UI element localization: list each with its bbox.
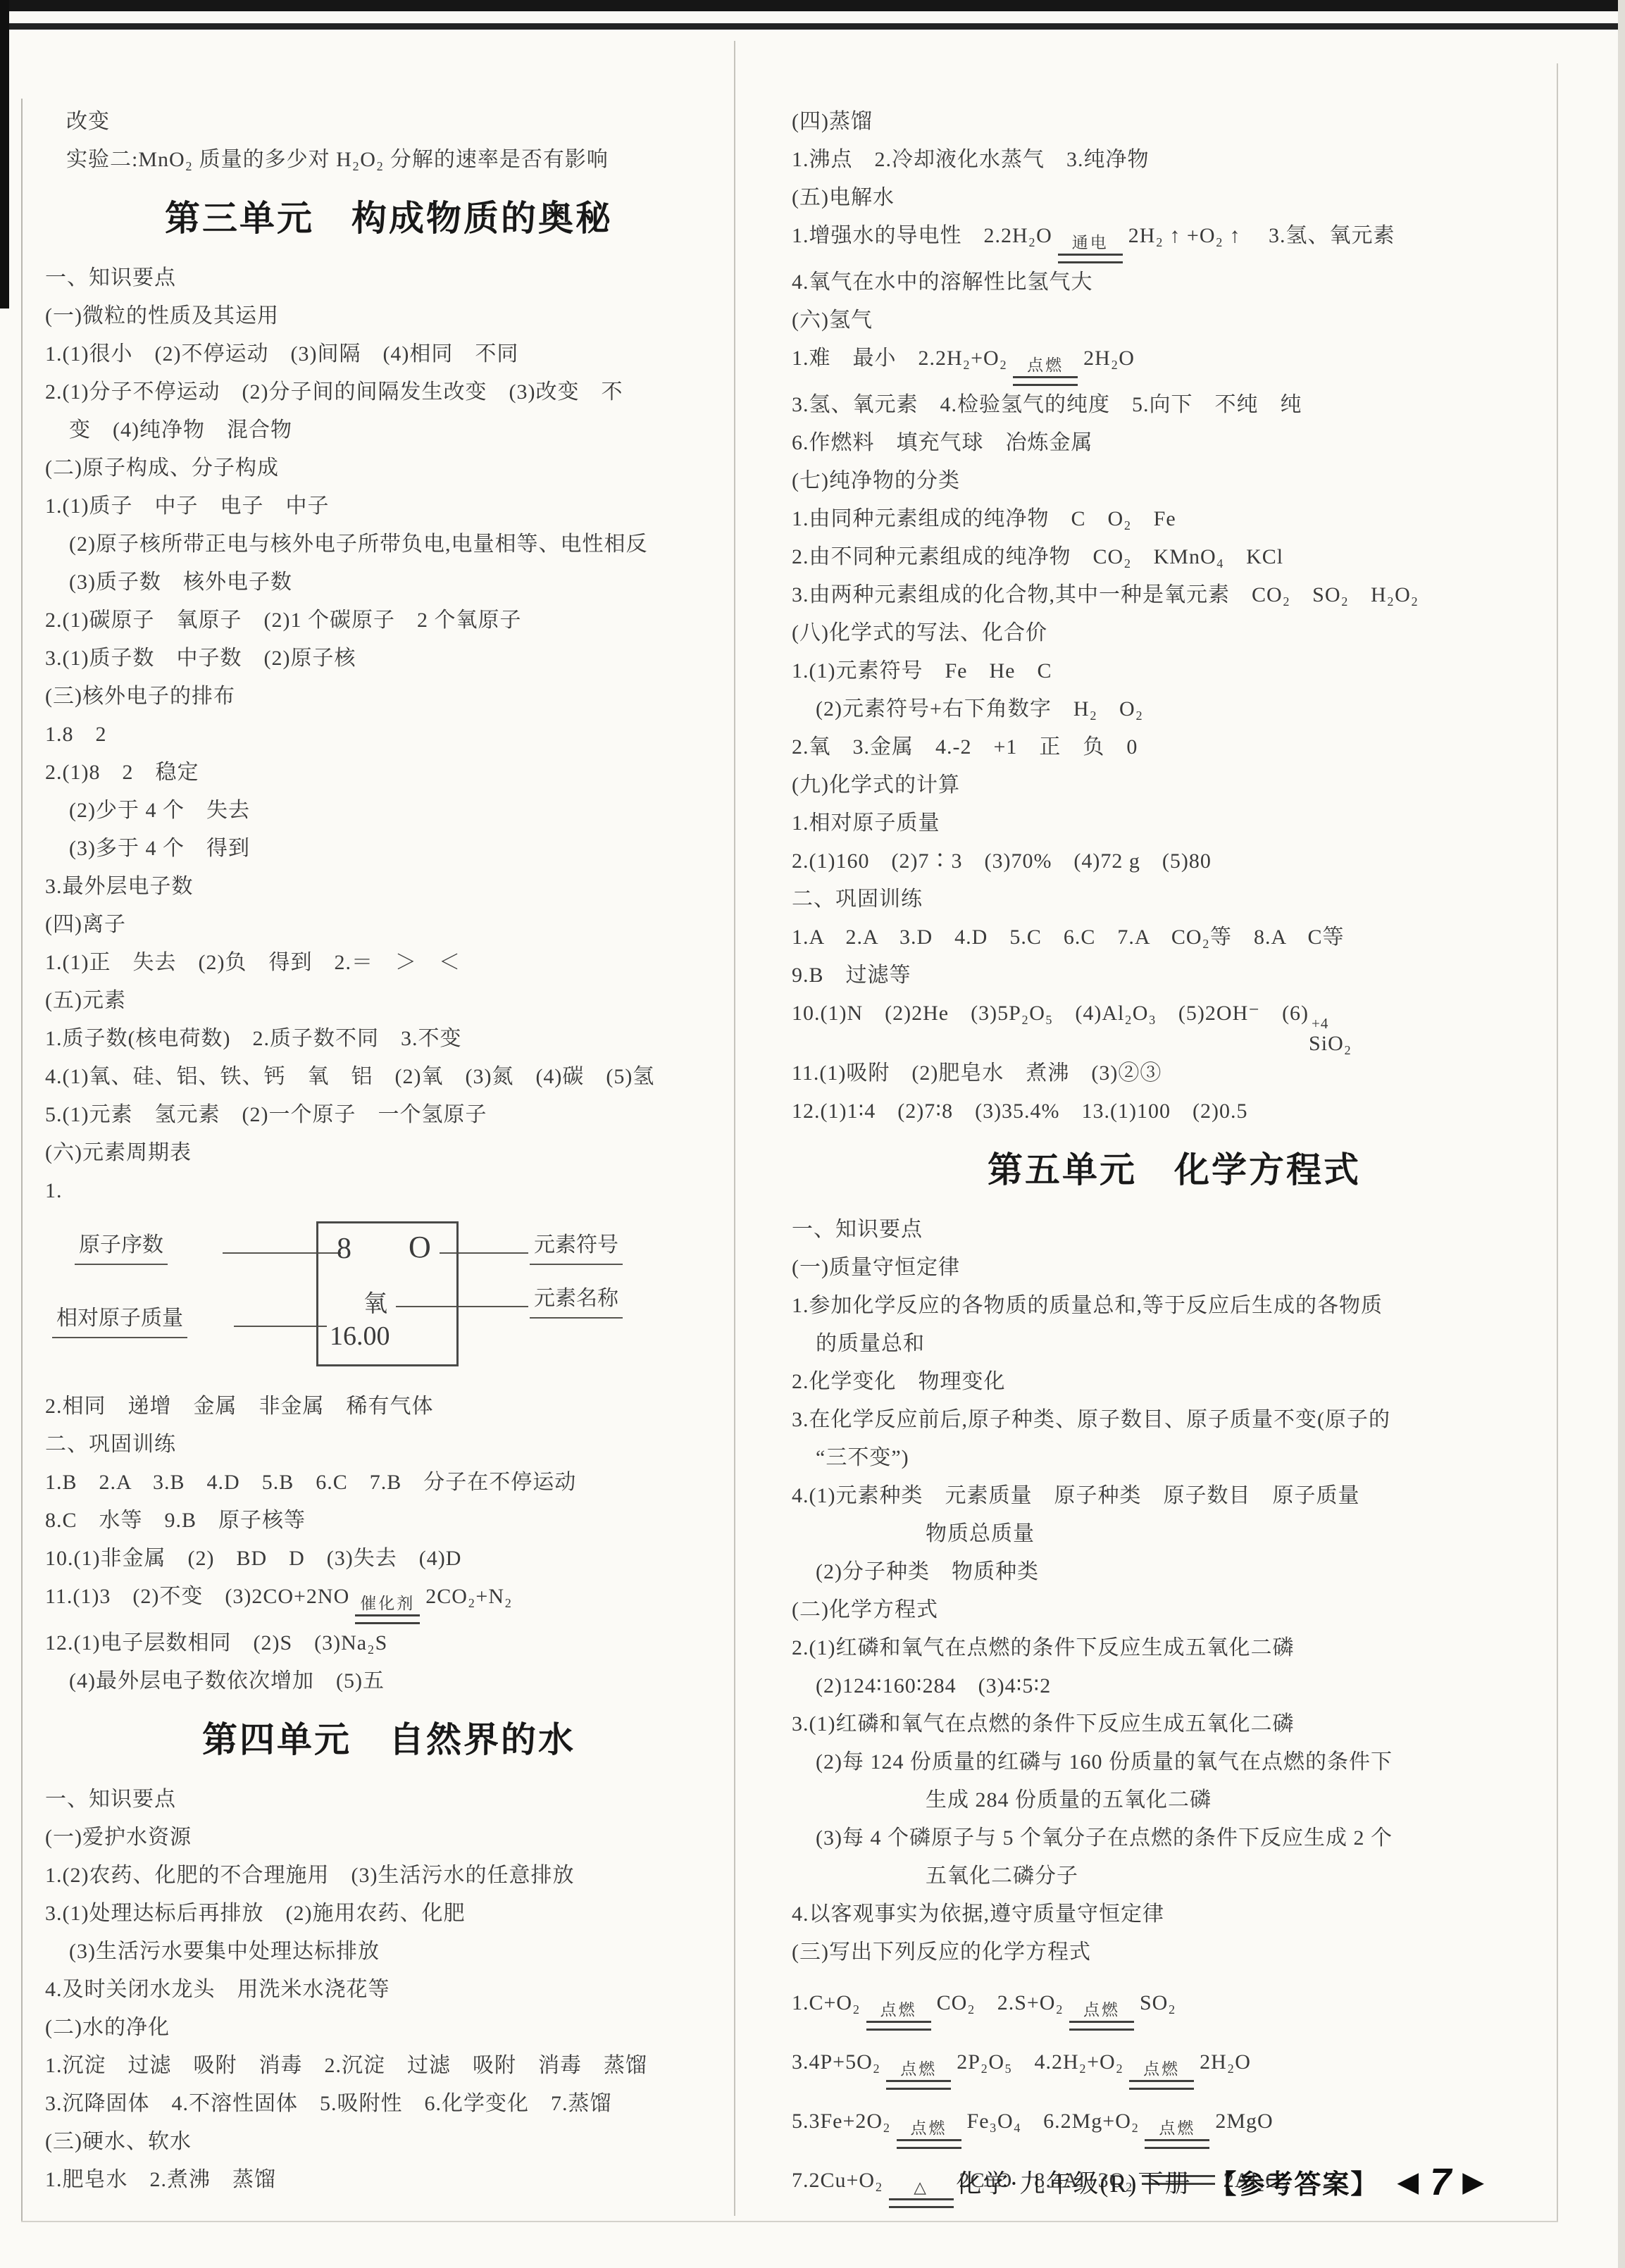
answer-line: 的质量总和 (792, 1325, 1557, 1363)
element-symbol-label: 元素符号 (530, 1227, 623, 1265)
double-line-icon (897, 2139, 961, 2149)
answer-line: (四)蒸馏 (792, 103, 1557, 141)
answer-line: 2.(1)8 2 稳定 (45, 754, 733, 792)
answer-line: “三不变”) (792, 1439, 1557, 1477)
answer-line: 4.(1)氧、硅、铝、铁、钙 氧 铝 (2)氧 (3)氮 (4)碳 (5)氢 (45, 1058, 733, 1096)
reaction-condition: △ (889, 2179, 954, 2208)
right-column: (四)蒸馏 1.沸点 2.冷却液化水蒸气 3.纯净物 (五)电解水 1.增强水的… (792, 103, 1557, 2221)
scanned-answer-page: 改变 实验二:MnO₂ 质量的多少对 H₂O₂ 分解的速率是否有影响 第三单元 … (0, 0, 1625, 2268)
atomic-number-label: 原子序数 (75, 1227, 168, 1265)
answer-line: 2.化学变化 物理变化 (792, 1363, 1557, 1401)
connector-line (234, 1326, 327, 1327)
unit4-heading: 第四单元 自然界的水 (45, 1719, 733, 1761)
answer-line: 2.(1)分子不停运动 (2)分子间的间隔发生改变 (3)改变 不 (45, 373, 733, 411)
double-line-icon (889, 2198, 954, 2208)
equation-lhs: 1.增强水的导电性 2.2H₂O (792, 224, 1052, 247)
answer-line: (八)化学式的写法、化合价 (792, 614, 1557, 652)
answer-line: (4)最外层电子数依次增加 (5)五 (45, 1662, 733, 1700)
answer-line: (五)电解水 (792, 179, 1557, 217)
answer-line: (三)硬水、软水 (45, 2123, 733, 2161)
answer-line: (六)元素周期表 (45, 1134, 733, 1172)
equation-line: 3.4P+5O₂点燃2P₂O₅ 4.2H₂+O₂点燃2H₂O (792, 2043, 1557, 2090)
scan-edge-right (1618, 0, 1625, 2268)
answer-line: 6.作燃料 填充气球 冶炼金属 (792, 424, 1557, 462)
element-name-label: 元素名称 (530, 1281, 623, 1319)
answer-line: (二)水的净化 (45, 2009, 733, 2047)
answer-line: (一)微粒的性质及其运用 (45, 297, 733, 335)
equation-rhs: 2H₂O (1083, 347, 1135, 370)
answer-line: 2.(1)红磷和氧气在点燃的条件下反应生成五氧化二磷 (792, 1629, 1557, 1667)
answer-line: (3)每 4 个磷原子与 5 个氧分子在点燃的条件下反应生成 2 个 (792, 1819, 1557, 1857)
equation-lhs: 7.2Cu+O₂ (792, 2169, 883, 2192)
answer-line: (2)元素符号+右下角数字 H₂ O₂ (792, 690, 1557, 728)
answer-line: 1.沉淀 过滤 吸附 消毒 2.沉淀 过滤 吸附 消毒 蒸馏 (45, 2047, 733, 2085)
condition-label: 点燃 (1083, 2002, 1120, 2018)
answer-line: (九)化学式的计算 (792, 766, 1557, 804)
double-line-icon (866, 2021, 931, 2031)
answer-line: (一)质量守恒定律 (792, 1249, 1557, 1287)
answer-line: (一)爱护水资源 (45, 1819, 733, 1857)
condition-label: 催化剂 (360, 1595, 415, 1612)
element-box-diagram: 原子序数 相对原子质量 元素符号 元素名称 8 O 氧 16.00 (45, 1216, 733, 1379)
answer-line: 12.(1)1∶4 (2)7∶8 (3)35.4% 13.(1)100 (2)0… (792, 1092, 1557, 1130)
element-name-value: 氧 (363, 1284, 387, 1319)
valence-formula: +4SiO₂ (1309, 1016, 1352, 1054)
answer-line: 10.(1)非金属 (2) BD D (3)失去 (4)D (45, 1540, 733, 1578)
answer-line: (三)写出下列反应的化学方程式 (792, 1933, 1557, 1971)
section-heading-knowledge: 一、知识要点 (45, 259, 733, 297)
equation-lhs: 5.3Fe+2O₂ (792, 2110, 891, 2133)
valence-value: +4 (1312, 1016, 1328, 1031)
answer-line: 1.A 2.A 3.D 4.D 5.C 6.C 7.A CO₂等 8.A C等 (792, 918, 1557, 957)
page-number: 7 (1430, 2163, 1451, 2201)
answer-line: (3)生活污水要集中处理达标排放 (45, 1933, 733, 1971)
answer-line: (2)分子种类 物质种类 (792, 1553, 1557, 1591)
answer-line: 1.(2)农药、化肥的不合理施用 (3)生活污水的任意排放 (45, 1857, 733, 1895)
equation-lhs: 11.(1)3 (2)不变 (3)2CO+2NO (45, 1585, 349, 1608)
equation-line: 5.3Fe+2O₂点燃Fe₃O₄ 6.2Mg+O₂点燃2MgO (792, 2102, 1557, 2149)
answer-line: 五氧化二磷分子 (792, 1857, 1557, 1895)
next-page-icon: ▶ (1462, 2168, 1484, 2196)
condition-label: 点燃 (911, 2120, 947, 2136)
left-column: 改变 实验二:MnO₂ 质量的多少对 H₂O₂ 分解的速率是否有影响 第三单元 … (45, 103, 733, 2199)
equation-mid: Fe₃O₄ 6.2Mg+O₂ (967, 2110, 1140, 2133)
equation-rhs: 2H₂ ↑ +O₂ ↑ 3.氢、氧元素 (1128, 224, 1395, 247)
equation-mid: 2P₂O₅ 4.2H₂+O₂ (957, 2050, 1123, 2074)
answer-line: 1.8 2 (45, 716, 733, 754)
answer-line: 3.(1)处理达标后再排放 (2)施用农药、化肥 (45, 1895, 733, 1933)
answer-line: 1.B 2.A 3.B 4.D 5.B 6.C 7.B 分子在不停运动 (45, 1464, 733, 1502)
answer-line: (四)离子 (45, 906, 733, 944)
double-line-icon (1145, 2139, 1209, 2149)
reaction-condition: 点燃 (1069, 2002, 1134, 2031)
answer-line: 3.(1)红磷和氧气在点燃的条件下反应生成五氧化二磷 (792, 1705, 1557, 1743)
relative-mass-label: 相对原子质量 (52, 1300, 187, 1338)
answer-line: 变 (4)纯净物 混合物 (45, 411, 733, 449)
equation-mid: CO₂ 2.S+O₂ (937, 1991, 1064, 2014)
answer-line: (五)元素 (45, 982, 733, 1020)
answer-line: 9.B 过滤等 (792, 957, 1557, 995)
equation-rhs: 2H₂O (1200, 2050, 1251, 2074)
answer-line: 实验二:MnO₂ 质量的多少对 H₂O₂ 分解的速率是否有影响 (45, 141, 733, 179)
equation-rhs: 2CO₂+N₂ (425, 1585, 512, 1608)
scan-artifact-top-line (0, 23, 1625, 30)
reaction-condition: 点燃 (886, 2061, 951, 2090)
answer-line: 11.(1)吸附 (2)肥皂水 煮沸 (3)②③ (792, 1054, 1557, 1092)
answer-text: 10.(1)N (2)2He (3)5P₂O₅ (4)Al₂O₃ (5)2OH⁻… (792, 1002, 1309, 1025)
answer-line: 3.氢、氧元素 4.检验氢气的纯度 5.向下 不纯 纯 (792, 386, 1557, 424)
answers-badge: 【参考答案】 (1209, 2162, 1378, 2201)
equation-lhs: 3.4P+5O₂ (792, 2050, 880, 2074)
answer-line: 8.C 水等 9.B 原子核等 (45, 1502, 733, 1540)
reaction-condition: 点燃 (1013, 357, 1078, 386)
answer-line: 4.及时关闭水龙头 用洗米水浇花等 (45, 1971, 733, 2009)
reaction-condition: 点燃 (897, 2120, 961, 2149)
book-title: 化学·九年级(R)下册 (956, 2164, 1191, 2200)
answer-line: (2)每 124 份质量的红磷与 160 份质量的氧气在点燃的条件下 (792, 1743, 1557, 1781)
reaction-condition: 点燃 (866, 2002, 931, 2031)
answer-line: (3)多于 4 个 得到 (45, 830, 733, 868)
atomic-number-value: 8 (337, 1232, 351, 1266)
answer-line: 3.沉降固体 4.不溶性固体 5.吸附性 6.化学变化 7.蒸馏 (45, 2085, 733, 2123)
answer-line: 3.由两种元素组成的化合物,其中一种是氧元素 CO₂ SO₂ H₂O₂ (792, 576, 1557, 614)
equation-lhs: 1.C+O₂ (792, 1991, 861, 2014)
double-line-icon (1069, 2021, 1134, 2031)
answer-line: 3.在化学反应前后,原子种类、原子数目、原子质量不变(原子的 (792, 1401, 1557, 1439)
answer-line: 12.(1)电子层数相同 (2)S (3)Na₂S (45, 1624, 733, 1662)
answer-line: 1.(1)元素符号 Fe He C (792, 652, 1557, 690)
answer-line: 1.(1)正 失去 (2)负 得到 2.＝ ＞ ＜ (45, 944, 733, 982)
answer-line: (2)少于 4 个 失去 (45, 792, 733, 830)
double-line-icon (886, 2080, 951, 2090)
pager: ◀ 7 ▶ (1397, 2163, 1484, 2201)
section-heading-knowledge: 一、知识要点 (792, 1211, 1557, 1249)
condition-label: 通电 (1072, 235, 1109, 251)
answer-line: (二)原子构成、分子构成 (45, 449, 733, 487)
reaction-condition: 通电 (1058, 235, 1123, 263)
section-heading-training: 二、巩固训练 (45, 1426, 733, 1464)
condition-label: 点燃 (1143, 2061, 1180, 2077)
equation-line: 1.增强水的导电性 2.2H₂O通电2H₂ ↑ +O₂ ↑ 3.氢、氧元素 (792, 217, 1557, 263)
answer-line: 1.(1)质子 中子 电子 中子 (45, 487, 733, 525)
page-border-bottom (21, 2221, 1558, 2222)
equation-rhs: SO₂ (1140, 1991, 1176, 2014)
answer-line: (七)纯净物的分类 (792, 462, 1557, 500)
double-line-icon (1058, 254, 1123, 263)
column-divider (734, 41, 735, 2216)
page-border-left (21, 99, 23, 2222)
answer-line: 4.以客观事实为依据,遵守质量守恒定律 (792, 1895, 1557, 1933)
relative-mass-value: 16.00 (330, 1321, 390, 1352)
reaction-condition: 点燃 (1145, 2120, 1209, 2149)
answer-line: 3.(1)质子数 中子数 (2)原子核 (45, 640, 733, 678)
unit3-heading: 第三单元 构成物质的奥秘 (45, 197, 733, 239)
formula-value: SiO₂ (1309, 1033, 1352, 1054)
answer-line: (二)化学方程式 (792, 1591, 1557, 1629)
unit5-heading: 第五单元 化学方程式 (792, 1149, 1557, 1191)
double-line-icon (355, 1614, 420, 1624)
equation-line: 11.(1)3 (2)不变 (3)2CO+2NO催化剂2CO₂+N₂ (45, 1578, 733, 1624)
double-line-icon (1013, 376, 1078, 386)
element-cell-box: 8 O 氧 16.00 (316, 1221, 459, 1366)
reaction-condition: 点燃 (1129, 2061, 1194, 2090)
section-heading-knowledge: 一、知识要点 (45, 1781, 733, 1819)
section-heading-training: 二、巩固训练 (792, 880, 1557, 918)
element-symbol-value: O (409, 1229, 431, 1265)
answer-line: 5.(1)元素 氢元素 (2)一个原子 一个氢原子 (45, 1096, 733, 1134)
answer-line: 1.参加化学反应的各物质的质量总和,等于反应后生成的各物质 (792, 1287, 1557, 1325)
condition-label: △ (914, 2179, 928, 2195)
reaction-condition: 催化剂 (355, 1595, 420, 1624)
page-border-right (1557, 63, 1558, 2221)
answer-line: (3)质子数 核外电子数 (45, 563, 733, 602)
answer-line: 2.相同 递增 金属 非金属 稀有气体 (45, 1388, 733, 1426)
equation-line: 1.难 最小 2.2H₂+O₂点燃2H₂O (792, 339, 1557, 386)
answer-line: (六)氢气 (792, 301, 1557, 339)
answer-line: (2)原子核所带正电与核外电子所带负电,电量相等、电性相反 (45, 525, 733, 563)
answer-line: 2.(1)碳原子 氧原子 (2)1 个碳原子 2 个氧原子 (45, 602, 733, 640)
answer-line: 2.氧 3.金属 4.-2 +1 正 负 0 (792, 728, 1557, 766)
answer-line: 1. (45, 1172, 733, 1210)
answer-line: 4.(1)元素种类 元素质量 原子种类 原子数目 原子质量 (792, 1477, 1557, 1515)
answer-line: 2.由不同种元素组成的纯净物 CO₂ KMnO₄ KCl (792, 538, 1557, 576)
answer-line: 1.相对原子质量 (792, 804, 1557, 842)
answer-line: 4.氧气在水中的溶解性比氢气大 (792, 263, 1557, 301)
answer-line: (2)124∶160∶284 (3)4∶5∶2 (792, 1667, 1557, 1705)
equation-line: 1.C+O₂点燃CO₂ 2.S+O₂点燃SO₂ (792, 1984, 1557, 2031)
answer-line-with-valence: 10.(1)N (2)2He (3)5P₂O₅ (4)Al₂O₃ (5)2OH⁻… (792, 995, 1557, 1054)
answer-line: 3.最外层电子数 (45, 868, 733, 906)
page-footer: 化学·九年级(R)下册 【参考答案】 ◀ 7 ▶ (956, 2162, 1484, 2201)
scan-artifact-top-bar (0, 0, 1625, 11)
condition-label: 点燃 (1027, 357, 1064, 373)
prev-page-icon: ◀ (1397, 2168, 1419, 2196)
answer-line: 物质总质量 (792, 1515, 1557, 1553)
answer-line: 改变 (45, 103, 733, 141)
answer-line: 1.由同种元素组成的纯净物 C O₂ Fe (792, 500, 1557, 538)
answer-line: 1.沸点 2.冷却液化水蒸气 3.纯净物 (792, 141, 1557, 179)
answer-line: 生成 284 份质量的五氧化二磷 (792, 1781, 1557, 1819)
answer-line: (三)核外电子的排布 (45, 678, 733, 716)
answer-line: 1.(1)很小 (2)不停运动 (3)间隔 (4)相同 不同 (45, 335, 733, 373)
answer-line: 1.质子数(核电荷数) 2.质子数不同 3.不变 (45, 1020, 733, 1058)
answer-line: 2.(1)160 (2)7∶3 (3)70% (4)72 g (5)80 (792, 842, 1557, 880)
condition-label: 点燃 (900, 2061, 937, 2077)
scan-artifact-left-bar (0, 0, 9, 309)
answer-line: 1.肥皂水 2.煮沸 蒸馏 (45, 2161, 733, 2199)
double-line-icon (1129, 2080, 1194, 2090)
condition-label: 点燃 (1159, 2120, 1195, 2136)
condition-label: 点燃 (880, 2002, 917, 2018)
equation-lhs: 1.难 最小 2.2H₂+O₂ (792, 347, 1007, 370)
equation-rhs: 2MgO (1215, 2110, 1273, 2133)
